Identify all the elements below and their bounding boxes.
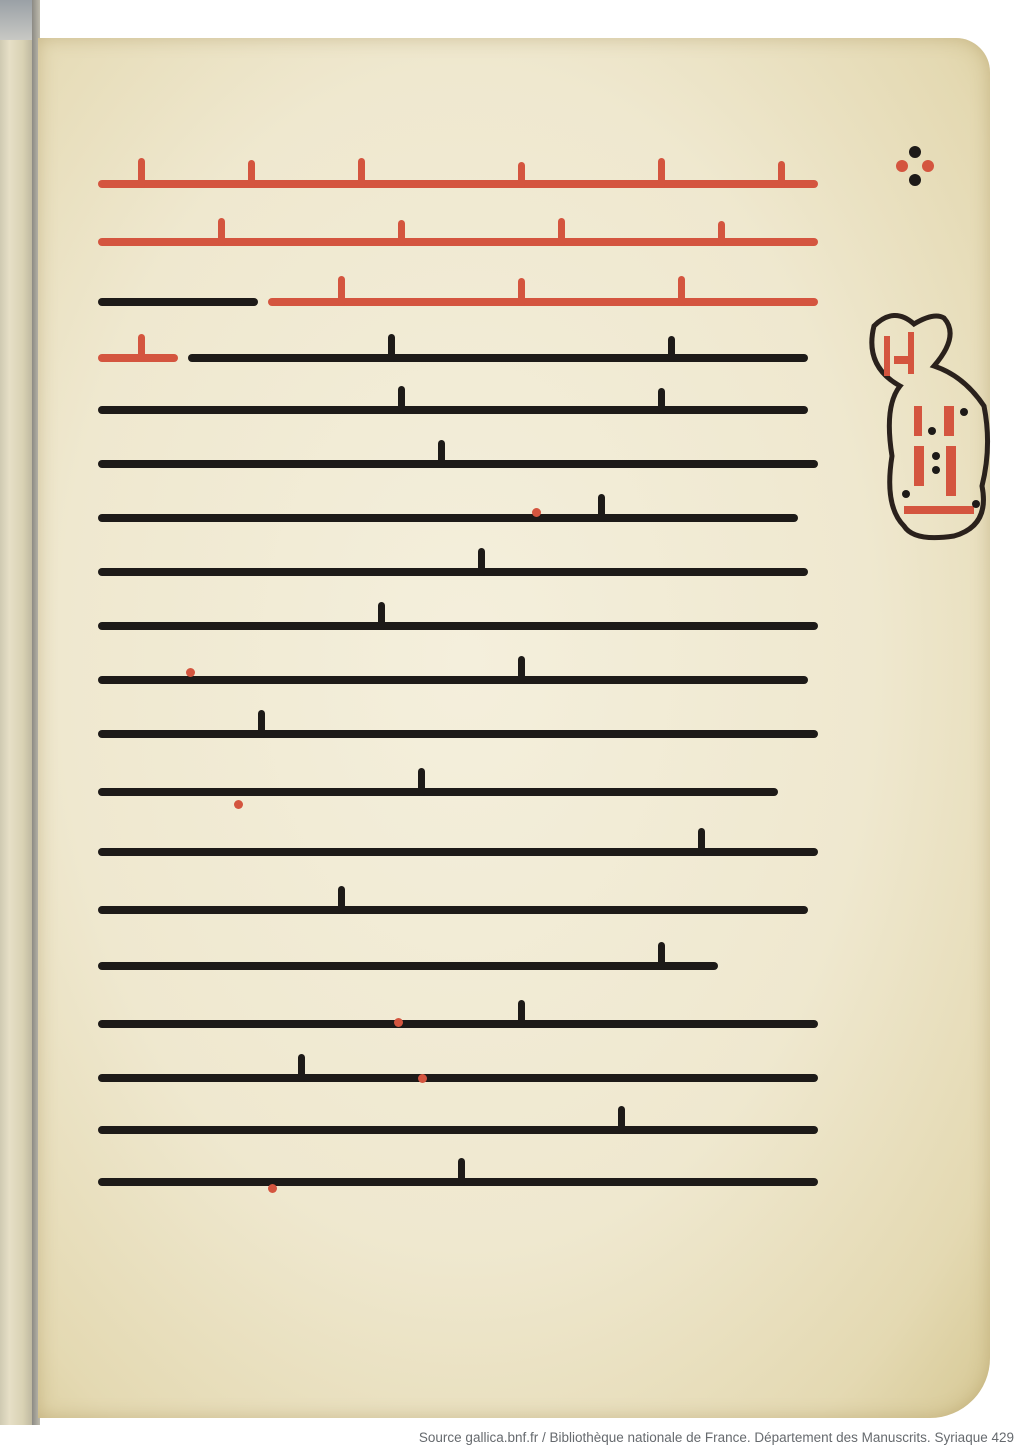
rubric-line (98, 218, 818, 252)
vowel-dot (268, 1184, 277, 1193)
vowel-dot (532, 508, 541, 517)
text-line (98, 768, 778, 802)
text-line (98, 602, 818, 636)
rubric-line (98, 158, 818, 192)
marginal-note-cartouche (864, 306, 992, 542)
vowel-dot (394, 1018, 403, 1027)
rubric-line (98, 276, 818, 310)
text-line (98, 1158, 818, 1192)
text-line (98, 710, 818, 744)
text-line (98, 1054, 818, 1088)
text-line (98, 656, 808, 690)
text-line (98, 942, 718, 976)
text-line (98, 886, 808, 920)
text-line (98, 1106, 818, 1140)
manuscript-page (38, 38, 990, 1418)
source-caption: Source gallica.bnf.fr / Bibliothèque nat… (419, 1430, 1014, 1445)
four-dot-ornament-icon (896, 146, 934, 188)
vowel-dot (186, 668, 195, 677)
text-line (98, 386, 808, 420)
text-line (188, 334, 808, 368)
text-line (98, 440, 818, 474)
text-line (98, 828, 818, 862)
vowel-dot (234, 800, 243, 809)
text-line (98, 548, 808, 582)
vowel-dot (418, 1074, 427, 1083)
text-line (98, 1000, 818, 1034)
text-line (98, 494, 798, 528)
rubric-line (98, 334, 188, 368)
